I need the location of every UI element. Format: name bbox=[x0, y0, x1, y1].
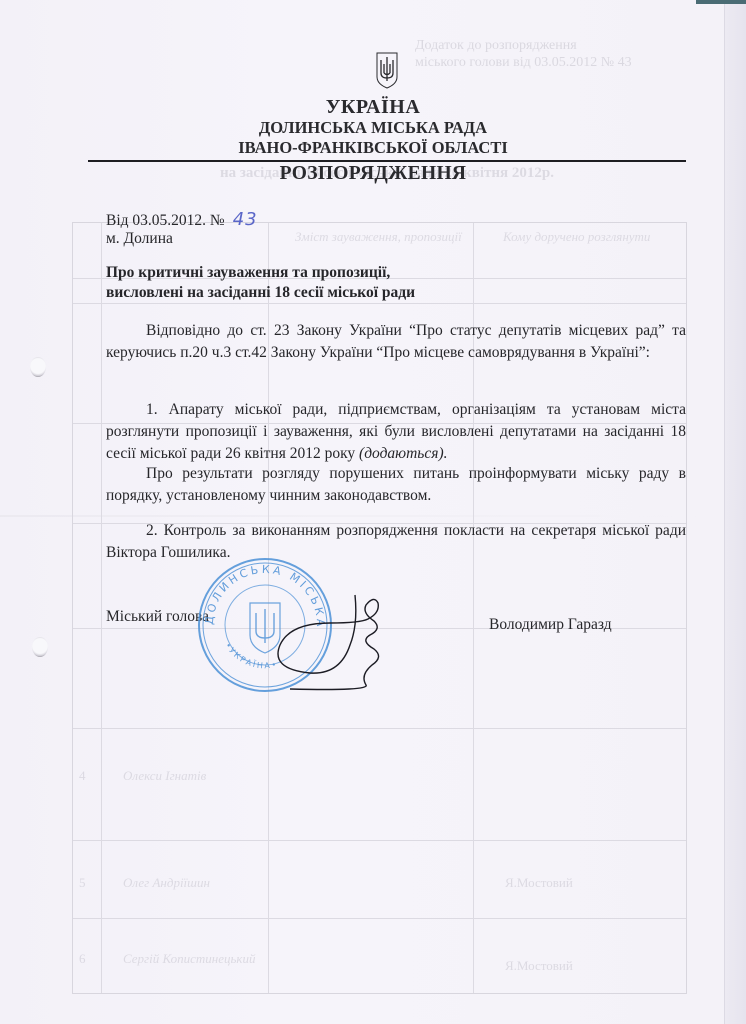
ghost-annex-line1: Додаток до розпорядження bbox=[415, 37, 632, 54]
header-region: ІВАНО-ФРАНКІВСЬКОЇ ОБЛАСТІ bbox=[0, 138, 746, 158]
ghost-header-content: Зміст зауваження, пропозиції bbox=[295, 229, 462, 245]
order-number: 43 bbox=[233, 209, 258, 230]
ghost-row-name: Олекси Ігнатів bbox=[123, 768, 206, 784]
document-page: Додаток до розпорядження міського голови… bbox=[0, 0, 746, 1024]
item-1-paragraph: 1. Апарату міської ради, підприємствам, … bbox=[106, 399, 686, 465]
subject-line2: висловлені на засіданні 18 сесії міської… bbox=[106, 283, 415, 303]
city-line: м. Долина bbox=[106, 228, 173, 250]
signature-icon bbox=[250, 585, 400, 695]
item-1-followup: Про результати розгляду порушених питань… bbox=[106, 463, 686, 507]
punch-hole-icon bbox=[30, 357, 46, 377]
ghost-annex-line2: міського голови від 03.05.2012 № 43 bbox=[415, 54, 632, 71]
coat-of-arms-icon bbox=[376, 51, 398, 89]
signatory-name: Володимир Гаразд bbox=[489, 614, 612, 636]
ghost-row-assignee: Я.Мостовий bbox=[505, 875, 573, 891]
item-2-paragraph: 2. Контроль за виконанням розпорядження … bbox=[106, 520, 686, 564]
header-council: ДОЛИНСЬКА МІСЬКА РАДА bbox=[0, 118, 746, 138]
ghost-row-assignee: Я.Мостовий bbox=[505, 958, 573, 974]
document-type-title: РОЗПОРЯДЖЕННЯ bbox=[0, 163, 746, 185]
ghost-header-assignee: Кому доручено розглянути bbox=[503, 229, 650, 245]
ghost-row-number: 5 bbox=[79, 875, 86, 891]
ghost-row-number: 4 bbox=[79, 768, 86, 784]
ghost-row-name: Сергій Копистинецький bbox=[123, 951, 255, 967]
item-1-note: (додаються). bbox=[359, 445, 447, 462]
ghost-annex-note: Додаток до розпорядження міського голови… bbox=[415, 37, 632, 71]
subject-line1: Про критичні зауваження та пропозиції, bbox=[106, 263, 415, 283]
subject-heading: Про критичні зауваження та пропозиції, в… bbox=[106, 263, 415, 303]
scan-edge bbox=[696, 0, 746, 4]
preamble-paragraph: Відповідно до ст. 23 Закону України “Про… bbox=[106, 320, 686, 364]
ghost-row-name: Олег Андріїшин bbox=[123, 875, 210, 891]
header-country: УКРАЇНА bbox=[0, 96, 746, 119]
punch-hole-icon bbox=[32, 637, 48, 657]
ghost-row-number: 6 bbox=[79, 951, 86, 967]
header-divider bbox=[88, 160, 686, 162]
signatory-role: Міський голова bbox=[106, 606, 209, 628]
date-label: Від 03.05.2012. № bbox=[106, 212, 225, 229]
